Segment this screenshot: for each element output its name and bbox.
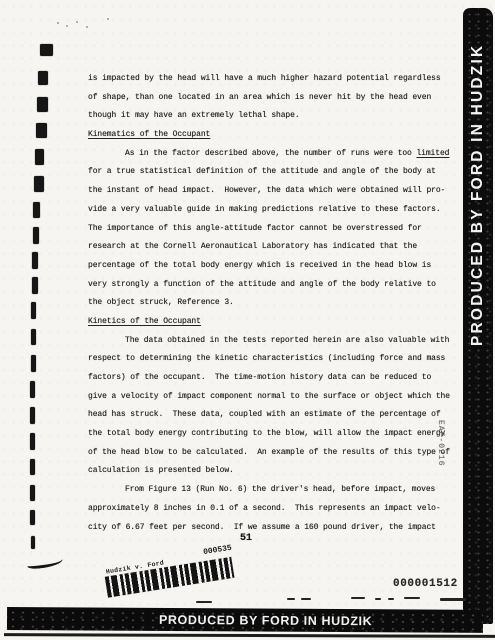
text-line: give a velocity of impact component norm…	[88, 388, 483, 407]
binding-mark	[33, 227, 39, 244]
bates-number: 000001512	[393, 578, 458, 590]
text-line: very strongly a function of the attitude…	[88, 276, 483, 295]
binding-mark	[32, 252, 38, 269]
binding-mark	[38, 71, 48, 85]
pen-stroke-mark	[27, 555, 64, 569]
scanned-document-page: is impacted by the head will have a much…	[0, 0, 495, 640]
scan-dash	[301, 598, 311, 600]
binding-mark	[31, 536, 35, 549]
binding-mark	[30, 510, 35, 525]
section-heading: Kinematics of the Occupant	[88, 126, 483, 145]
text-line: is impacted by the head will have a much…	[88, 70, 483, 89]
section-heading: Kinetics of the Occupant	[88, 313, 483, 332]
scan-dash	[287, 598, 295, 600]
text-line: the total body energy contributing to th…	[88, 425, 483, 444]
side-stamp-bar: PRODUCED BY FORD IN HUDZIK	[463, 8, 493, 624]
text-line: approximately 8 inches in 0.1 of a secon…	[88, 500, 483, 519]
text-line: of the head blow to be calculated. An ex…	[88, 444, 483, 463]
text-line: of shape, than one located in an area wh…	[88, 89, 483, 108]
scan-dash	[196, 601, 212, 603]
binding-mark	[30, 407, 35, 424]
text-line: The importance of this angle-attitude fa…	[88, 220, 483, 239]
scan-dash	[404, 597, 420, 599]
bottom-rule-line	[4, 633, 495, 637]
scan-dash	[440, 598, 466, 601]
binding-mark	[30, 485, 35, 501]
bottom-stamp-text: PRODUCED BY FORD IN HUDZIK	[7, 612, 372, 628]
text-line: As in the factor described above, the nu…	[88, 145, 483, 164]
text-line: the object struck, Reference 3.	[88, 294, 483, 313]
text-line: though it may have an extremely lethal s…	[88, 107, 483, 126]
barcode-sticker: Hudzik v. Ford 000535	[103, 545, 238, 597]
vertical-code-label: EAE-0216	[436, 420, 445, 466]
text-line: From Figure 13 (Run No. 6) the driver's …	[88, 481, 483, 500]
text-line: for a true statistical definition of the…	[88, 163, 483, 182]
page-number: 51	[240, 533, 252, 544]
binding-mark	[36, 123, 47, 138]
text-line: head has struck. These data, coupled wit…	[88, 406, 483, 425]
text-line: the instant of head impact. However, the…	[88, 182, 483, 201]
binding-mark	[37, 97, 48, 112]
text-line: factors) of the occupant. The time-motio…	[88, 369, 483, 388]
scan-dot	[86, 26, 88, 28]
binding-mark	[40, 44, 53, 56]
binding-mark	[30, 459, 35, 475]
document-text: is impacted by the head will have a much…	[88, 70, 483, 537]
binding-mark	[31, 302, 36, 319]
binding-mark	[33, 202, 40, 218]
scan-dot	[66, 25, 68, 27]
binding-mark	[30, 381, 35, 398]
scan-dash	[388, 598, 394, 600]
scan-dot	[57, 22, 59, 24]
scan-dot	[107, 18, 109, 20]
text-line: research at the Cornell Aeronautical Lab…	[88, 238, 483, 257]
text-line: The data obtained in the tests reported …	[88, 332, 483, 351]
scan-dot	[76, 21, 78, 23]
binding-mark	[31, 329, 36, 345]
text-line: respect to determining the kinetic chara…	[88, 350, 483, 369]
text-line: vide a very valuable guide in making pre…	[88, 201, 483, 220]
binding-mark	[35, 149, 44, 165]
text-line: city of 6.67 feet per second. If we assu…	[88, 519, 483, 538]
binding-mark	[31, 355, 36, 372]
side-stamp-text: PRODUCED BY FORD IN HUDZIK	[469, 44, 487, 346]
text-line: percentage of the total body energy whic…	[88, 257, 483, 276]
barcode-number: 000535	[203, 544, 233, 557]
scan-dash	[375, 598, 381, 600]
binding-mark	[30, 433, 35, 450]
binding-mark	[34, 176, 44, 192]
bottom-stamp-bar: PRODUCED BY FORD IN HUDZIK	[7, 607, 483, 633]
scan-dash	[351, 597, 365, 599]
binding-mark	[32, 277, 38, 294]
text-line: calculation is presented below.	[88, 462, 483, 481]
